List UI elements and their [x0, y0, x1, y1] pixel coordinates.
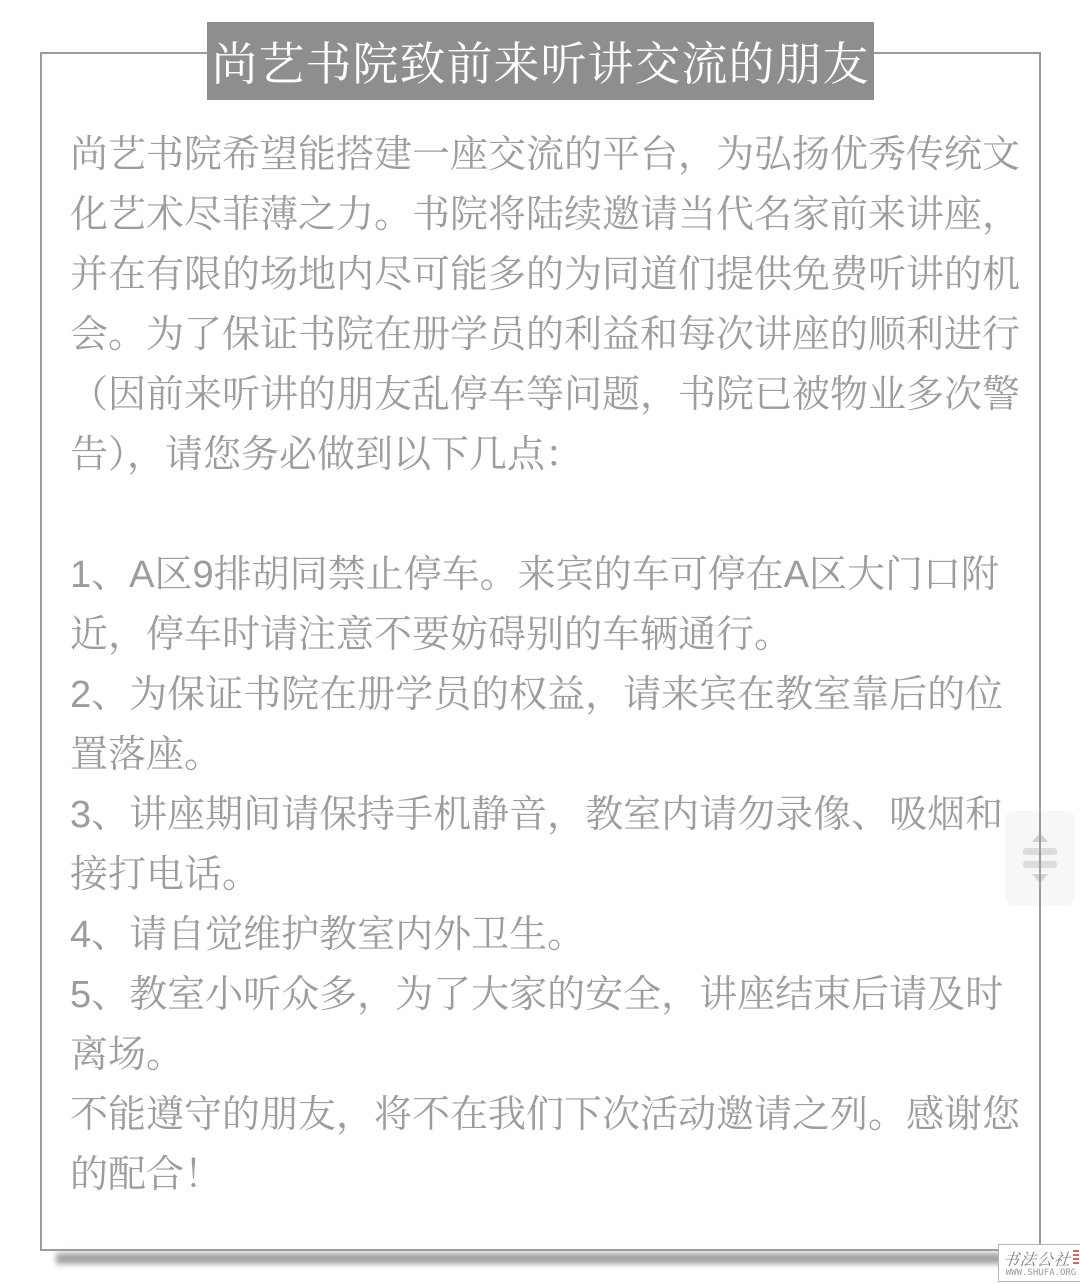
- text-line: 尚艺书院希望能搭建一座交流的平台，为弘扬优秀传统文: [70, 125, 1020, 185]
- text-line: 不能遵守的朋友，将不在我们下次活动邀请之列。感谢您: [70, 1085, 1020, 1145]
- text-line: 会。为了保证书院在册学员的利益和每次讲座的顺利进行: [70, 305, 1020, 365]
- watermark-site-name: 书法公社: [1002, 1247, 1072, 1270]
- intro-paragraph: 尚艺书院希望能搭建一座交流的平台，为弘扬优秀传统文化艺术尽菲薄之力。书院将陆续邀…: [70, 125, 1020, 485]
- text-line: 5、教室小听众多，为了大家的安全，讲座结束后请及时: [70, 965, 1020, 1025]
- text-line: 化艺术尽菲薄之力。书院将陆续邀请当代名家前来讲座，: [70, 185, 1020, 245]
- notice-body: 尚艺书院希望能搭建一座交流的平台，为弘扬优秀传统文化艺术尽菲薄之力。书院将陆续邀…: [70, 125, 1020, 1205]
- frame-border-segment: [1039, 811, 1041, 905]
- text-line: 1、A区9排胡同禁止停车。来宾的车可停在A区大门口附: [70, 545, 1020, 605]
- text-line: 3、讲座期间请保持手机静音，教室内请勿录像、吸烟和: [70, 785, 1020, 845]
- text-line: 的配合！: [70, 1145, 1020, 1205]
- text-line: 告），请您务必做到以下几点：: [70, 425, 1020, 485]
- notice-title-bar: 尚艺书院致前来听讲交流的朋友: [207, 22, 874, 100]
- page-title: 尚艺书院致前来听讲交流的朋友: [212, 28, 870, 94]
- text-line: 2、为保证书院在册学员的权益，请来宾在教室靠后的位: [70, 665, 1020, 725]
- text-line: 4、请自觉维护教室内外卫生。: [70, 905, 1020, 965]
- paragraph-spacer: [70, 485, 1020, 545]
- text-line: （因前来听讲的朋友乱停车等问题，书院已被物业多次警: [70, 365, 1020, 425]
- watermark: 书法公社 WWW.SHUFA.ORG: [998, 1244, 1080, 1282]
- rules-list: 1、A区9排胡同禁止停车。来宾的车可停在A区大门口附近，停车时请注意不要妨碍别的…: [70, 545, 1020, 1205]
- text-line: 近，停车时请注意不要妨碍别的车辆通行。: [70, 605, 1020, 665]
- text-line: 并在有限的场地内尽可能多的为同道们提供免费听讲的机: [70, 245, 1020, 305]
- watermark-top-row: 书法公社: [1003, 1248, 1079, 1268]
- text-line: 离场。: [70, 1025, 1020, 1085]
- page: 尚艺书院致前来听讲交流的朋友 尚艺书院希望能搭建一座交流的平台，为弘扬优秀传统文…: [0, 0, 1080, 1284]
- sheet-bottom-shadow: [56, 1253, 1052, 1264]
- red-seal-icon: [1073, 1250, 1079, 1266]
- text-line: 置落座。: [70, 725, 1020, 785]
- text-line: 接打电话。: [70, 845, 1020, 905]
